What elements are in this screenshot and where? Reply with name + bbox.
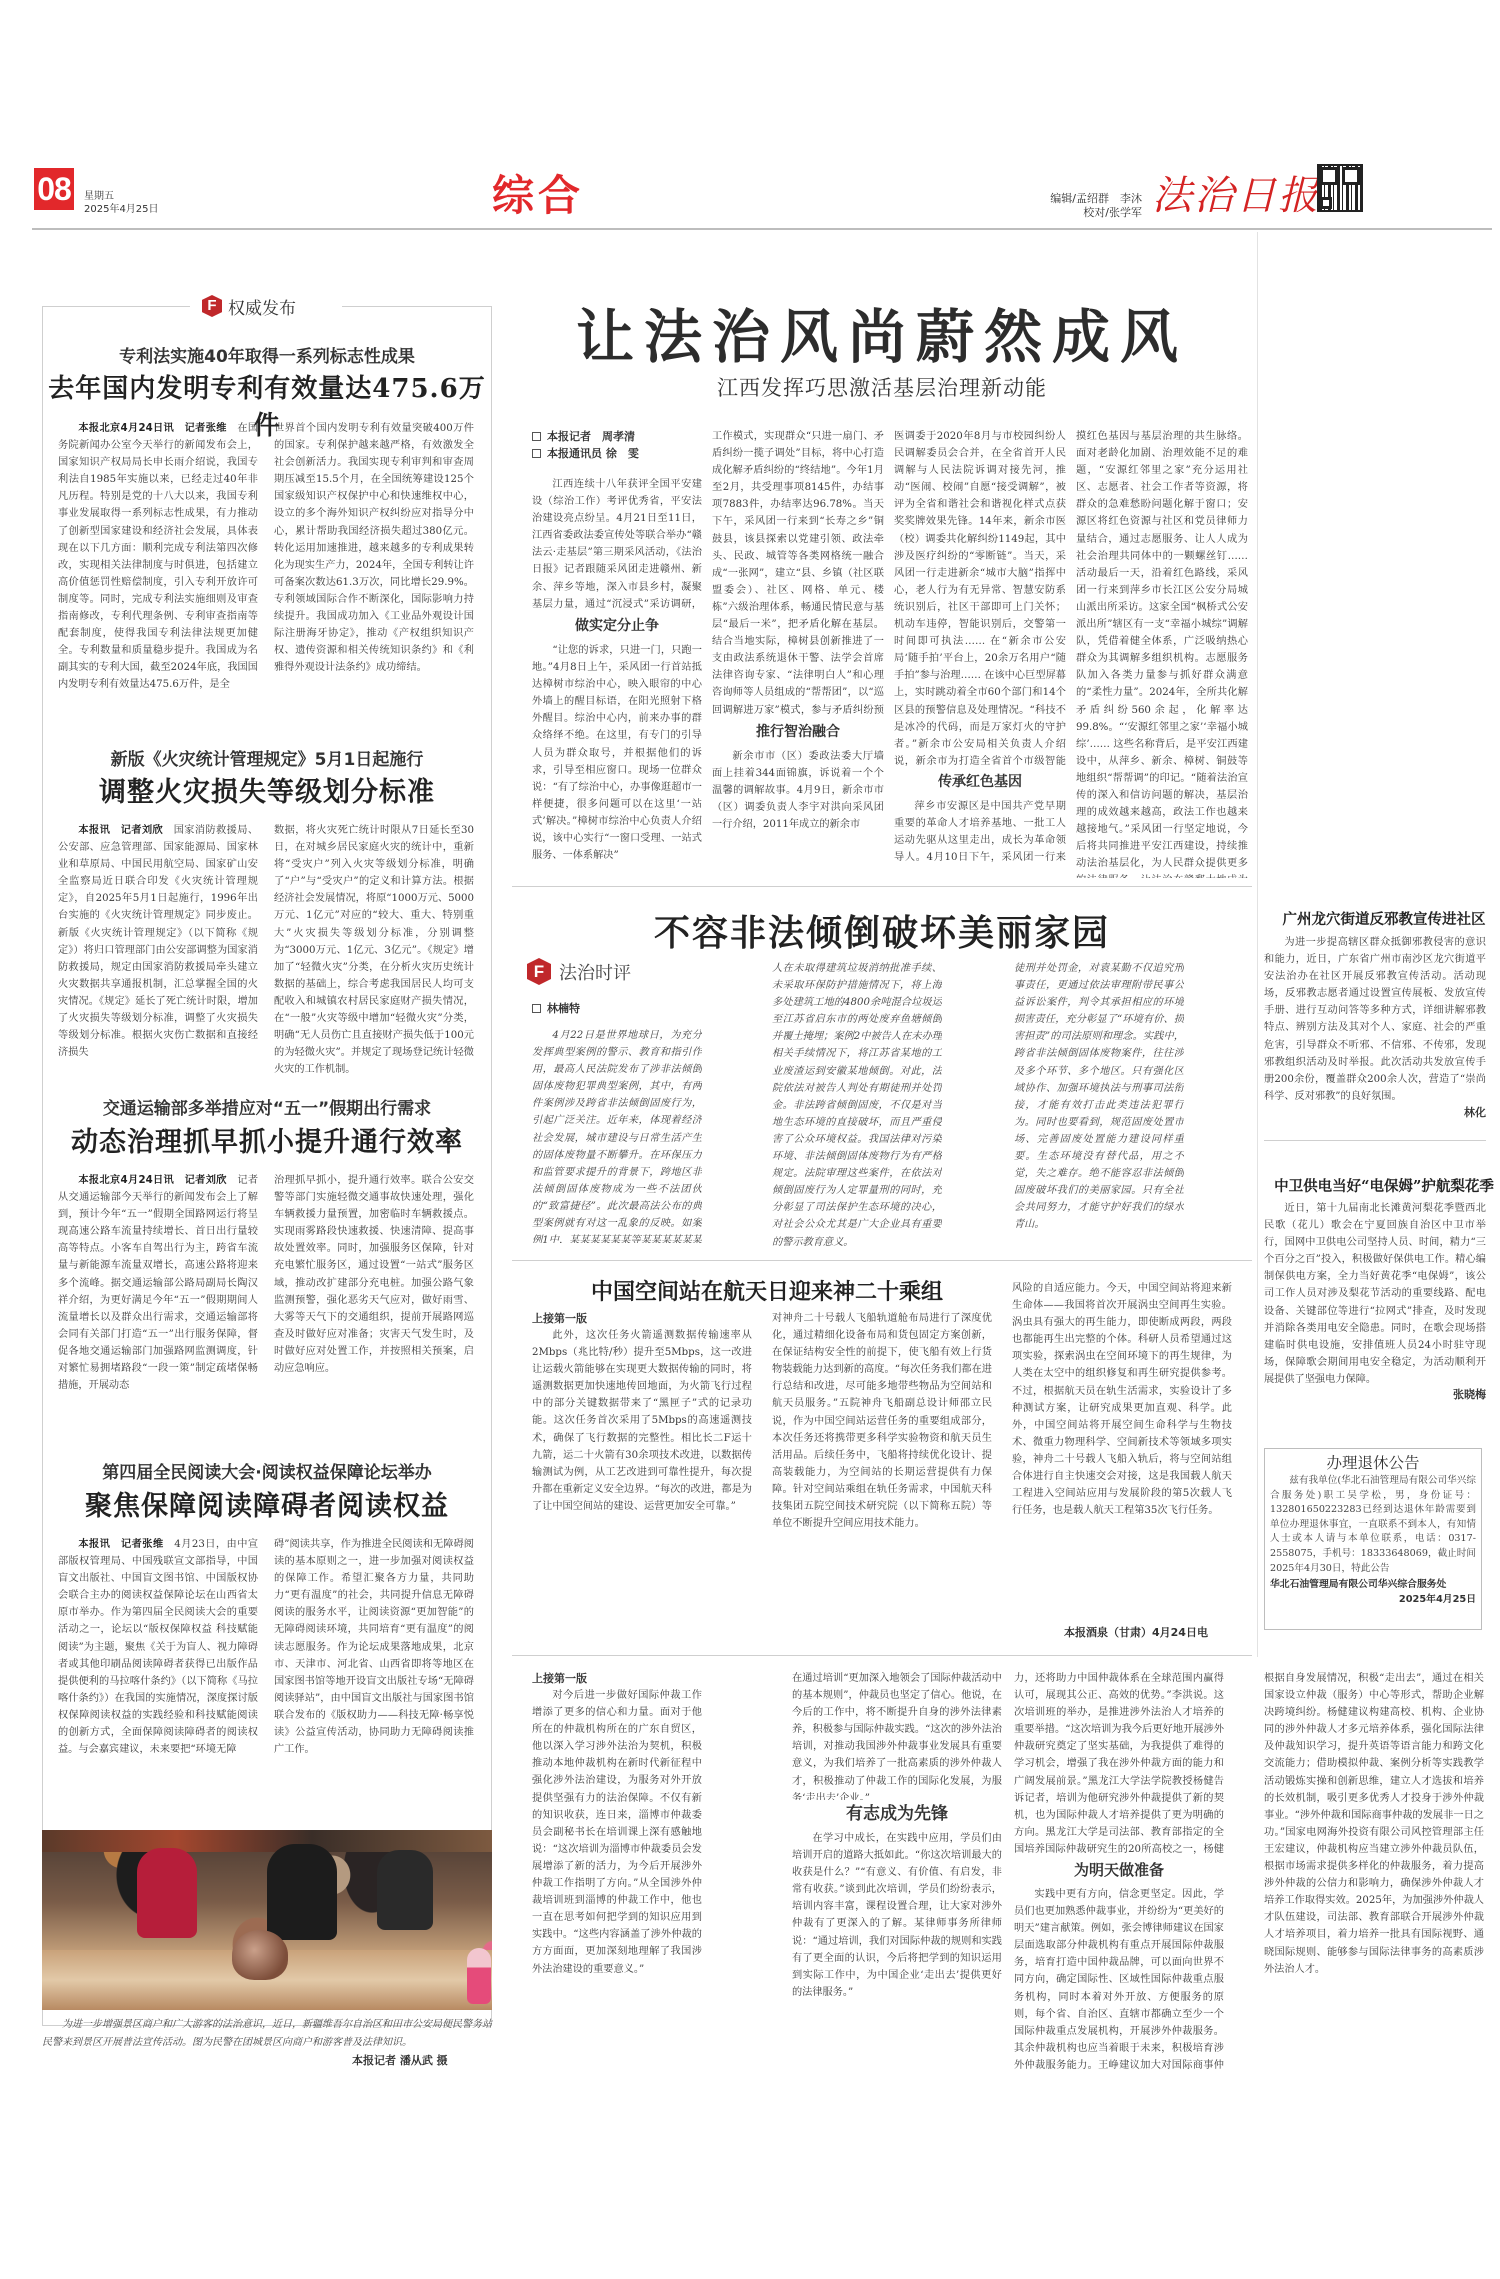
article-column: 数据，将火灾死亡统计时限从7日延长至30日，在对城乡居民家庭火灾的统计中，重新将… — [274, 822, 474, 1076]
f-logo-icon: F — [202, 295, 222, 317]
section-tag-label: 权威发布 — [228, 294, 296, 319]
reporter: 记者刘欣 — [185, 1175, 227, 1186]
article-headline: 聚焦保障阅读障碍者阅读权益 — [42, 1484, 492, 1523]
section-title: 综合 — [492, 163, 584, 223]
article-body: 力，还将助力中国仲裁体系在全球范围内赢得认可，展现其公正、高效的优势。”李洪说。… — [1014, 1670, 1224, 1856]
article-headline: 广州龙穴街道反邪教宣传进社区 — [1274, 908, 1494, 929]
article-column: 本报讯 记者刘欣 国家消防救援局、公安部、应急管理部、国家能源局、国家林业和草原… — [58, 822, 258, 1076]
article-column: 风险的自适应能力。今天，中国空间站将迎来新生命体——我国将首次开展涡虫空间再生实… — [1012, 1280, 1232, 1620]
article-column: 医调委于2020年8月与市校园纠纷人民调解委员会合并，在全省首开人民调解与人民法… — [894, 428, 1066, 878]
section-subheading: 为明天做准备 — [1014, 1856, 1224, 1886]
dateline: 本报讯 — [78, 825, 110, 836]
article-body: 世界首个国内发明专利有效量突破400万件的国家。专利保护越来越严格，有效激发全社… — [274, 420, 474, 676]
notice-body: 兹有我单位(华北石油管理局有限公司华兴综合服务处)职工吴学松，男，身份证号：13… — [1270, 1474, 1476, 1576]
section-subheading: 推行智治融合 — [712, 718, 884, 748]
article-body: 4月23日，由中宣部版权管理局、中国残联宣文部指导，中国盲文出版社、中国盲文图书… — [58, 1539, 258, 1755]
article-body: 在通过培训“更加深入地领会了国际仲裁活动中的基本规则”，仲裁员也坚定了信心。他说… — [792, 1670, 1002, 1800]
proofreader: 校对/张学军 — [1012, 206, 1142, 220]
page-number: 08 — [34, 168, 74, 210]
article-body: 在国务院新闻办公室今天举行的新闻发布会上，国家知识产权局局长申长雨介绍说，我国专… — [58, 423, 258, 690]
article-body: 对今后进一步做好国际仲裁工作增添了更多的信心和力量。面对于他所在的仲裁机构所在的… — [532, 1687, 702, 2067]
issue-date: 星期五 2025年4月25日 — [84, 190, 159, 216]
reporter: 记者刘欣 — [121, 825, 163, 836]
editor-credits: 编辑/孟绍群 李沐 校对/张学军 — [1012, 192, 1142, 220]
divider — [512, 1655, 1252, 1656]
article-body: 徒刑并处罚金，对袁某勤不仅追究刑事责任，更通过依法审理附带民事公益诉讼案件，判令… — [1014, 960, 1184, 1250]
article-body: 数据，将火灾死亡统计时限从7日延长至30日，在对城乡居民家庭火灾的统计中，重新将… — [274, 822, 474, 1078]
dateline: 本报酒泉（甘肃）4月24日电 — [1064, 1624, 1208, 1641]
continued-from: 上接第一版 — [532, 1670, 702, 1687]
reporter: 记者张维 — [121, 1539, 164, 1550]
divider — [1264, 1140, 1486, 1141]
main-subheadline: 江西发挥巧思激活基层治理新动能 — [512, 372, 1252, 402]
square-bullet-icon — [532, 1004, 541, 1013]
notice-date: 2025年4月25日 — [1270, 1592, 1476, 1607]
divider — [32, 228, 1492, 230]
square-bullet-icon — [532, 449, 541, 458]
dateline: 本报讯 — [78, 1539, 110, 1550]
article-body: 此外，这次任务火箭遥测数据传输速率从2Mbps（兆比特/秒）提升至5Mbps，这… — [532, 1327, 752, 1637]
article-column: 本报讯 记者张维 4月23日，由中宣部版权管理局、中国残联宣文部指导，中国盲文出… — [58, 1536, 258, 1820]
article-body: 4月22日是世界地球日，为充分发挥典型案例的警示、教育和指引作用，最高人民法院发… — [532, 1027, 702, 1243]
divider — [42, 306, 190, 307]
byline: 本报记者 周孝清 — [532, 428, 702, 445]
section-tag: F 权威发布 — [202, 290, 296, 322]
article-body: 根据自身发展情况，积极“走出去”，通过在相关国家设立仲裁（服务）中心等形式，帮助… — [1264, 1670, 1484, 2070]
article-column: 上接第一版 此外，这次任务火箭遥测数据传输速率从2Mbps（兆比特/秒）提升至5… — [532, 1310, 752, 1640]
article-body: 风险的自适应能力。今天，中国空间站将迎来新生命体——我国将首次开展涡虫空间再生实… — [1012, 1280, 1232, 1620]
main-headline: 让法治风尚蔚然成风 — [512, 290, 1252, 374]
article-column: 世界首个国内发明专利有效量突破400万件的国家。专利保护越来越严格，有效激发全社… — [274, 420, 474, 522]
section-subheading: 做实定分止争 — [532, 612, 702, 642]
masthead: 08 星期五 2025年4月25日 综合 编辑/孟绍群 李沐 校对/张学军 法治… — [12, 0, 1500, 235]
article-column: 本报记者 周孝清 本报通讯员 徐 雯 江西连续十八年获评全国平安建设（综治工作）… — [532, 428, 702, 878]
matryoshka-icon — [467, 1948, 491, 2004]
section-subheading: 传承红色基因 — [894, 768, 1066, 798]
article-kicker: 第四届全民阅读大会·阅读权益保障论坛举办 — [57, 1458, 477, 1483]
article-column: 治理抓早抓小，提升通行效率。联合公安交警等部门实施轻微交通事故快速处理，强化车辆… — [274, 1172, 474, 1444]
article-body: 江西连续十八年获评全国平安建设（综治工作）考评优秀省，平安法治建设亮点纷呈。4月… — [532, 476, 702, 612]
article-column: 在通过培训“更加深入地领会了国际仲裁活动中的基本规则”，仲裁员也坚定了信心。他说… — [792, 1670, 1002, 2070]
commentary-headline: 不容非法倾倒破坏美丽家园 — [532, 905, 1232, 956]
article-body: 萍乡市安源区是中国共产党早期重要的革命人才培养基地、一批工人运动先驱从这里走出，… — [894, 798, 1066, 868]
article-body: 国家消防救援局、公安部、应急管理部、国家能源局、国家林业和草原局、中国民用航空局… — [58, 825, 258, 1058]
article-body: 实践中更有方向，信念更坚定。因此，学员们也更加熟悉仲裁事业，并纷纷为“更美好的明… — [1014, 1886, 1224, 2072]
article-column: 对神舟二十号载人飞船轨道舱布局进行了深度优化，通过精细化设备布局和货包固定方案创… — [772, 1310, 992, 1640]
article-kicker: 交通运输部多举措应对“五一”假期出行需求 — [57, 1094, 477, 1119]
article-body: 医调委于2020年8月与市校园纠纷人民调解委员会合并，在全省首开人民调解与人民法… — [894, 428, 1066, 768]
continued-from: 上接第一版 — [532, 1310, 752, 1327]
article-headline: 中卫供电当好“电保姆”护航梨花季 — [1274, 1175, 1494, 1196]
divider — [512, 1260, 1252, 1261]
teapot-icon — [232, 1930, 288, 1980]
photo-credit: 本报记者 潘从武 摄 — [352, 2052, 448, 2068]
article-column: 上接第一版 对今后进一步做好国际仲裁工作增添了更多的信心和力量。面对于他所在的仲… — [532, 1670, 702, 2070]
article-body: 摸红色基因与基层治理的共生脉络。面对老龄化加剧、治理效能不足的难题，“安源红邻里… — [1076, 428, 1248, 878]
article-column: 摸红色基因与基层治理的共生脉络。面对老龄化加剧、治理效能不足的难题，“安源红邻里… — [1076, 428, 1248, 878]
article-column: 近日，第十九届南北长滩黄河梨花季暨西北民歌（花儿）歌会在宁夏回族自治区中卫市举行… — [1264, 1200, 1486, 1400]
editors: 编辑/孟绍群 李沐 — [1012, 192, 1142, 206]
article-headline: 调整火灾损失等级划分标准 — [42, 770, 492, 809]
article-column: 本报北京4月24日讯 记者张维 在国务院新闻办公室今天举行的新闻发布会上，国家知… — [58, 420, 258, 726]
divider — [512, 886, 1252, 887]
qr-code-icon[interactable] — [1317, 164, 1363, 212]
weekday: 星期五 — [84, 190, 159, 203]
f-logo-icon: F — [527, 958, 551, 985]
author: 张晓梅 — [1264, 1386, 1486, 1403]
byline: 林楠特 — [532, 1000, 702, 1017]
article-body: 对神舟二十号载人飞船轨道舱布局进行了深度优化，通过精细化设备布局和货包固定方案创… — [772, 1310, 992, 1640]
notice-title: 办理退休公告 — [1270, 1452, 1476, 1474]
article-body: 近日，第十九届南北长滩黄河梨花季暨西北民歌（花儿）歌会在宁夏回族自治区中卫市举行… — [1264, 1200, 1486, 1386]
article-body: 为进一步提高辖区群众抵御邪教侵害的意识和能力，近日，广东省广州市南沙区龙穴街道平… — [1264, 934, 1486, 1104]
column-tag-label: 法治时评 — [559, 959, 631, 985]
article-kicker: 专利法实施40年取得一系列标志性成果 — [57, 342, 477, 367]
article-column: 本报北京4月24日讯 记者刘欣 记者从交通运输部今天举行的新闻发布会上了解到，预… — [58, 1172, 258, 1444]
section-subheading: 有志成为先锋 — [792, 1800, 1002, 1830]
retirement-notice: 办理退休公告 兹有我单位(华北石油管理局有限公司华兴综合服务处)职工吴学松，男，… — [1264, 1448, 1482, 1630]
dateline: 本报北京4月24日讯 — [78, 1175, 174, 1186]
newspaper-page: 08 星期五 2025年4月25日 综合 编辑/孟绍群 李沐 校对/张学军 法治… — [12, 0, 1488, 2279]
author: 林化 — [1264, 1104, 1486, 1121]
article-headline: 动态治理抓早抓小提升通行效率 — [42, 1120, 492, 1159]
newspaper-logo: 法治日报 — [1152, 164, 1320, 221]
article-column: 工作模式，实现群众“只进一扇门、矛盾纠纷一揽子调处”目标，将中心打造成化解矛盾纠… — [712, 428, 884, 878]
article-column: 力，还将助力中国仲裁体系在全球范围内赢得认可，展现其公正、高效的优势。”李洪说。… — [1014, 1670, 1224, 2070]
notice-organization: 华北石油管理局有限公司华兴综合服务处 — [1270, 1577, 1476, 1592]
divider — [342, 306, 492, 307]
date: 2025年4月25日 — [84, 203, 159, 216]
article-body: 人在未取得建筑垃圾消纳批准手续、未采取环保防护措施情况下，将上海多处建筑工地的4… — [772, 960, 942, 1250]
reporter: 记者张维 — [185, 423, 227, 434]
article-column: 为进一步提高辖区群众抵御邪教侵害的意识和能力，近日，广东省广州市南沙区龙穴街道平… — [1264, 934, 1486, 1122]
article-body: 工作模式，实现群众“只进一扇门、矛盾纠纷一揽子调处”目标，将中心打造成化解矛盾纠… — [712, 428, 884, 718]
article-body: 治理抓早抓小，提升通行效率。联合公安交警等部门实施轻微交通事故快速处理，强化车辆… — [274, 1172, 474, 1377]
news-photo — [42, 1830, 492, 2010]
article-column: 人在未取得建筑垃圾消纳批准手续、未采取环保防护措施情况下，将上海多处建筑工地的4… — [772, 960, 942, 1250]
photo-caption: 为进一步增强景区商户和广大游客的法治意识，近日，新疆维吾尔自治区和田市公安局便民… — [42, 2016, 492, 2052]
column-tag: F 法治时评 — [527, 958, 631, 985]
article-column: 徒刑并处罚金，对袁某勤不仅追究刑事责任，更通过依法审理附带民事公益诉讼案件，判令… — [1014, 960, 1184, 1250]
dateline: 本报北京4月24日讯 — [78, 423, 174, 434]
article-kicker: 新版《火灾统计管理规定》5月1日起施行 — [57, 745, 477, 770]
article-body: 碍”阅读共享，作为推进全民阅读和无障碍阅读的基本原则之一，进一步加强对阅读权益的… — [274, 1536, 474, 1758]
article-body: “让您的诉求，只进一门，只跑一地。”4月8日上午，采风团一行首站抵达樟树市综治中… — [532, 642, 702, 867]
square-bullet-icon — [532, 432, 541, 441]
article-column: 碍”阅读共享，作为推进全民阅读和无障碍阅读的基本原则之一，进一步加强对阅读权益的… — [274, 1536, 474, 1820]
article-body: 记者从交通运输部今天举行的新闻发布会上了解到，预计今年“五一”假期全国路网运行将… — [58, 1175, 258, 1391]
article-column: 根据自身发展情况，积极“走出去”，通过在相关国家设立仲裁（服务）中心等形式，帮助… — [1264, 1670, 1484, 2070]
byline: 本报通讯员 徐 雯 — [532, 445, 702, 462]
article-column: 林楠特 4月22日是世界地球日，为充分发挥典型案例的警示、教育和指引作用，最高人… — [532, 1000, 702, 1250]
article-body: 新余市市（区）委政法委大厅墙面上挂着344面锦旗，诉说着一个个温馨的调解故事。4… — [712, 748, 884, 868]
article-headline: 中国空间站在航天日迎来神二十乘组 — [552, 1275, 982, 1306]
divider — [1257, 232, 1258, 1657]
article-body: 在学习中成长，在实践中应用，学员们由培训开启的道路大抵如此。“你这次培训最大的收… — [792, 1830, 1002, 2070]
